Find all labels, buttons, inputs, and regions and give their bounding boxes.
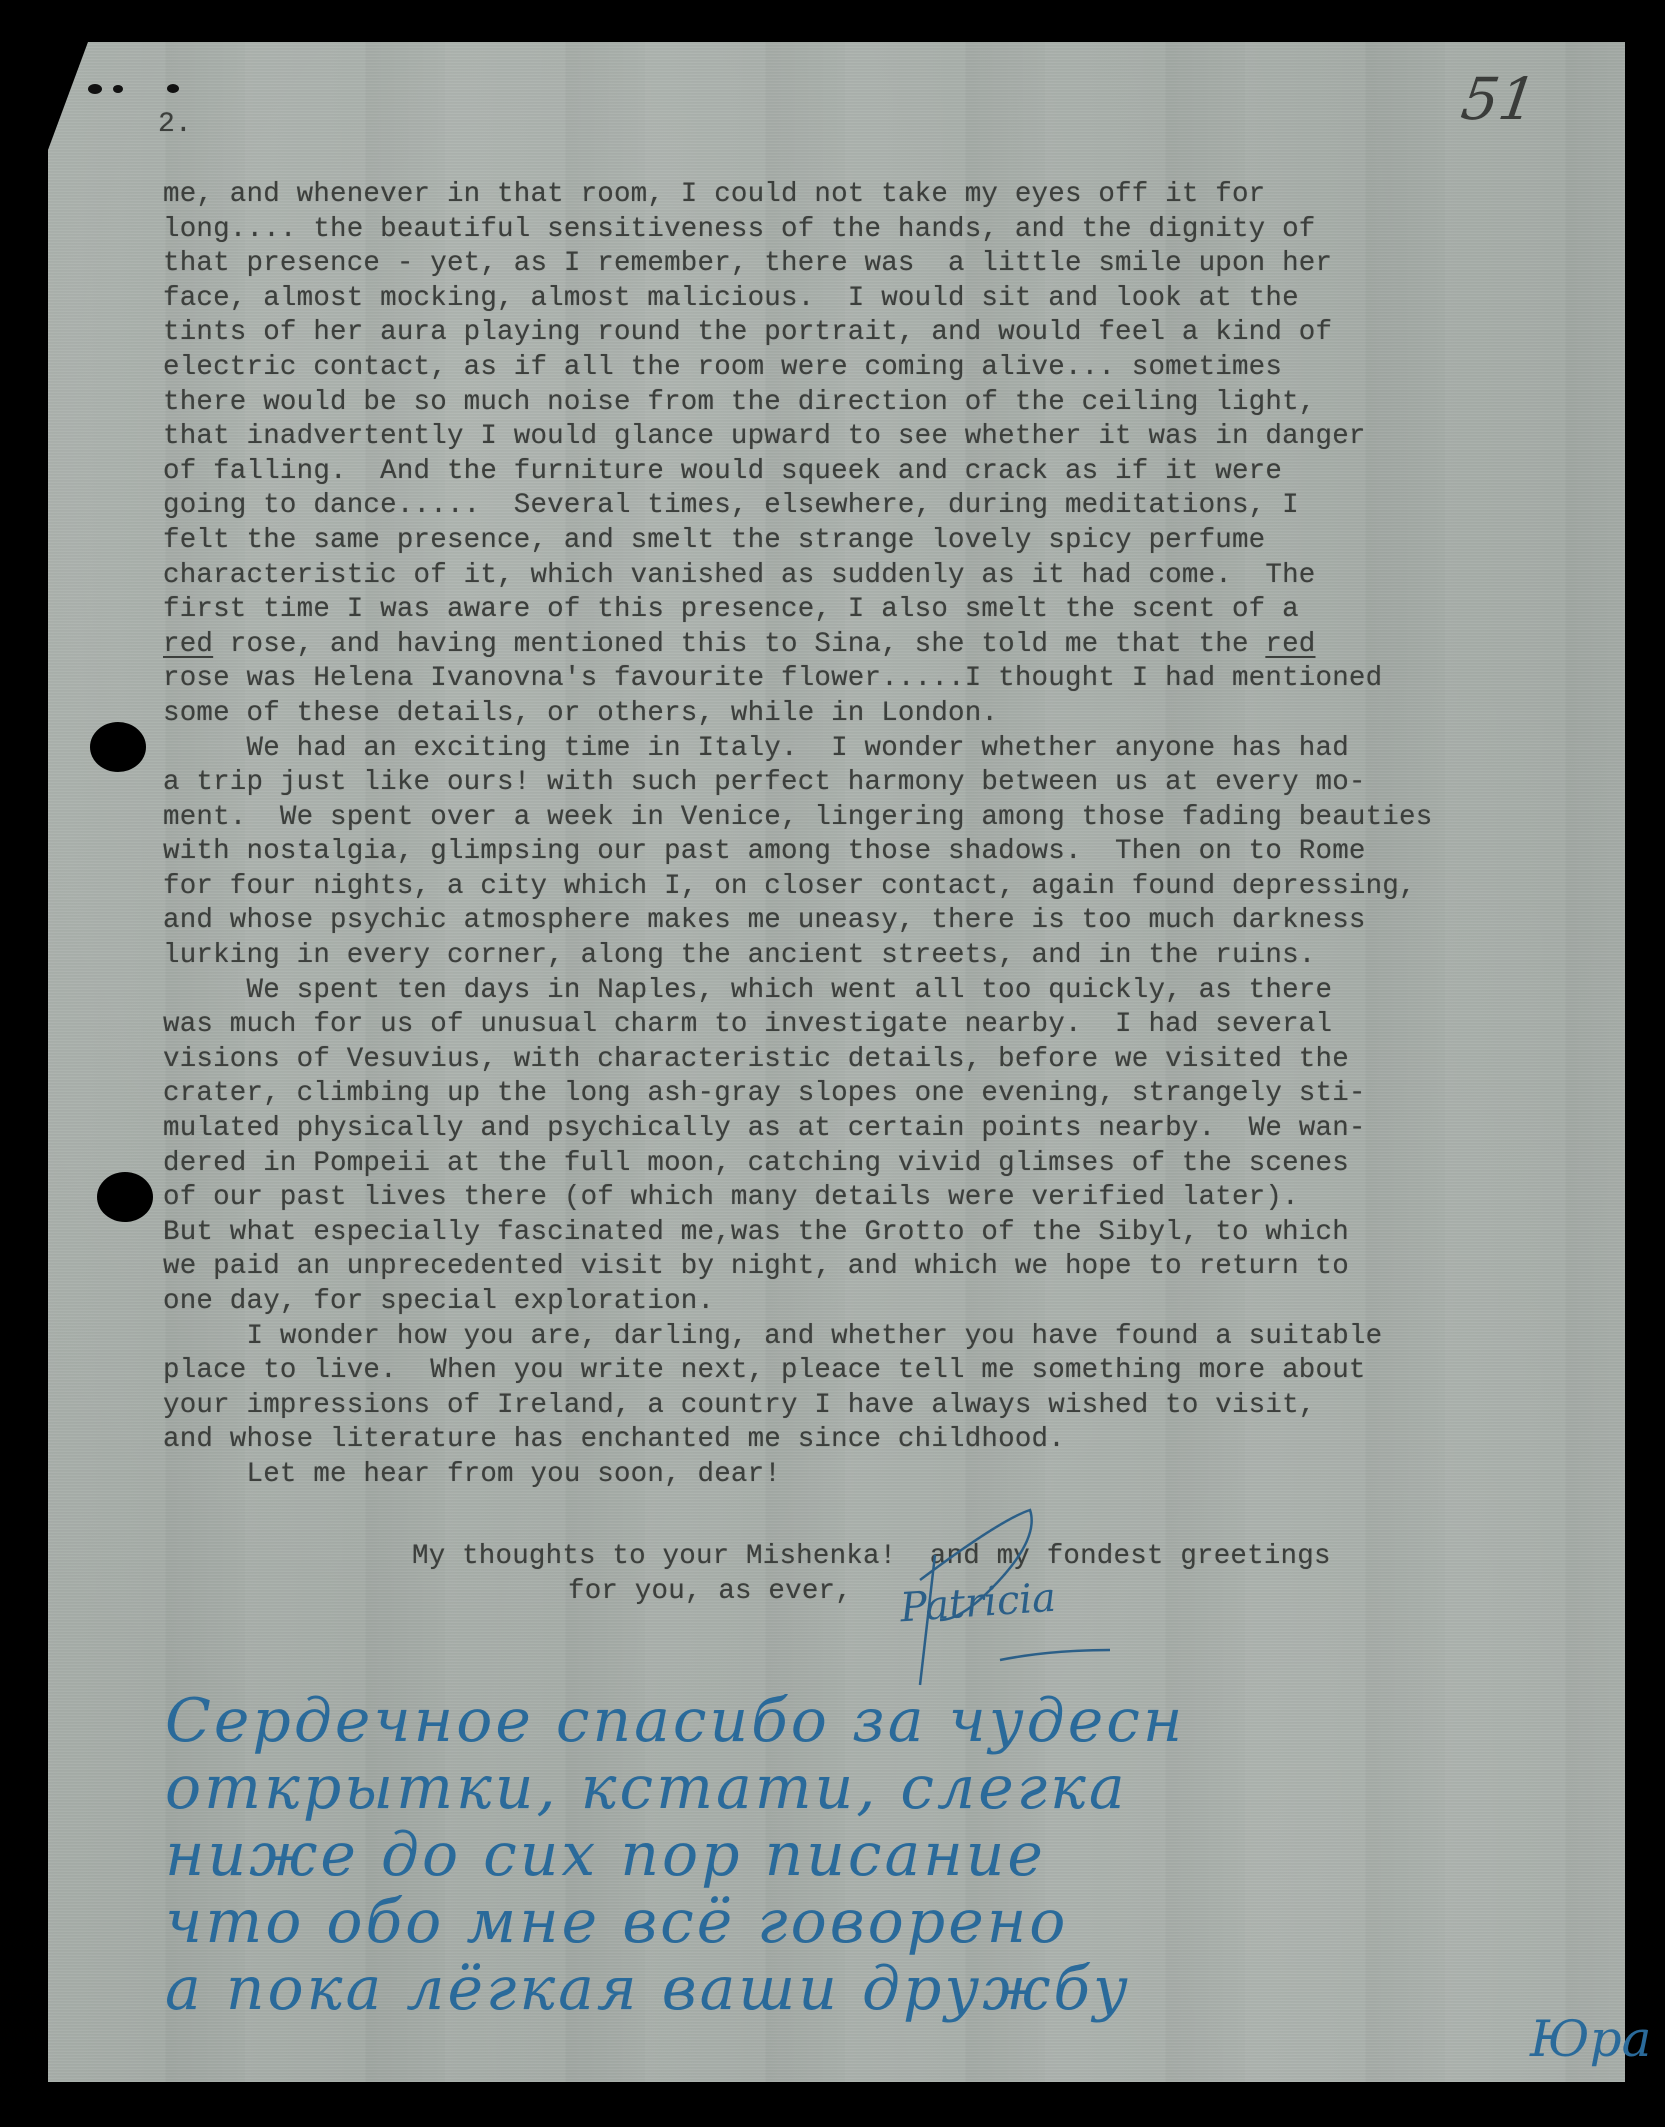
text-line: and whose literature has enchanted me si… (163, 1423, 1432, 1458)
text-line: lurking in every corner, along the ancie… (163, 939, 1432, 974)
handwritten-line: открытки, кстати, слегка (165, 1755, 1185, 1822)
text-line: I wonder how you are, darling, and wheth… (163, 1320, 1432, 1355)
text-line: of our past lives there (of which many d… (163, 1181, 1432, 1216)
text-line: long.... the beautiful sensitiveness of … (163, 213, 1432, 248)
letter-body: me, and whenever in that room, I could n… (163, 178, 1432, 1493)
punch-hole-bottom (97, 1172, 153, 1222)
handwritten-line: Сердечное спасибо за чудесн (165, 1688, 1185, 1755)
text-line: we paid an unprecedented visit by night,… (163, 1250, 1432, 1285)
text-line: some of these details, or others, while … (163, 697, 1432, 732)
text-line: a trip just like ours! with such perfect… (163, 766, 1432, 801)
text-line: your impressions of Ireland, a country I… (163, 1389, 1432, 1424)
text-line: and whose psychic atmosphere makes me un… (163, 904, 1432, 939)
handwritten-signoff: Юра (1530, 2010, 1651, 2068)
handwritten-line: а пока лёгкая ваши дружбу (165, 1956, 1185, 2023)
closing-line-2: for you, as ever, (568, 1575, 852, 1610)
handwritten-line: что обо мне всё говорено (165, 1889, 1185, 1956)
handwritten-line: ниже до сих пор писание (165, 1822, 1185, 1889)
text-line: But what especially fascinated me,was th… (163, 1216, 1432, 1251)
closing-line-1: My thoughts to your Mishenka! and my fon… (412, 1540, 1331, 1575)
text-line: that presence - yet, as I remember, ther… (163, 247, 1432, 282)
archive-page-number: 51 (1457, 65, 1540, 133)
text-line: that inadvertently I would glance upward… (163, 420, 1432, 455)
text-line: We had an exciting time in Italy. I wond… (163, 732, 1432, 767)
staple-tear-mark (167, 84, 179, 93)
text-line: there would be so much noise from the di… (163, 386, 1432, 421)
text-line: me, and whenever in that room, I could n… (163, 178, 1432, 213)
text-line: tints of her aura playing round the port… (163, 316, 1432, 351)
text-line: first time I was aware of this presence,… (163, 593, 1432, 628)
text-line: place to live. When you write next, plea… (163, 1354, 1432, 1389)
text-line: We spent ten days in Naples, which went … (163, 974, 1432, 1009)
text-line: mulated physically and psychically as at… (163, 1112, 1432, 1147)
text-line: red rose, and having mentioned this to S… (163, 628, 1432, 663)
text-line: electric contact, as if all the room wer… (163, 351, 1432, 386)
page-number: 2. (158, 108, 192, 143)
text-line: crater, climbing up the long ash-gray sl… (163, 1077, 1432, 1112)
text-line: dered in Pompeii at the full moon, catch… (163, 1147, 1432, 1182)
text-line: felt the same presence, and smelt the st… (163, 524, 1432, 559)
staple-tear-mark (113, 85, 123, 93)
text-line: characteristic of it, which vanished as … (163, 559, 1432, 594)
punch-hole-top (90, 722, 146, 772)
text-line: face, almost mocking, almost malicious. … (163, 282, 1432, 317)
staple-tear-mark (88, 84, 102, 94)
text-line: for four nights, a city which I, on clos… (163, 870, 1432, 905)
text-line: Let me hear from you soon, dear! (163, 1458, 1432, 1493)
text-line: ment. We spent over a week in Venice, li… (163, 801, 1432, 836)
text-line: rose was Helena Ivanovna's favourite flo… (163, 662, 1432, 697)
text-line: of falling. And the furniture would sque… (163, 455, 1432, 490)
text-line: was much for us of unusual charm to inve… (163, 1008, 1432, 1043)
text-line: going to dance..... Several times, elsew… (163, 489, 1432, 524)
text-line: one day, for special exploration. (163, 1285, 1432, 1320)
handwritten-note: Сердечное спасибо за чудесноткрытки, кст… (165, 1688, 1185, 2023)
text-line: with nostalgia, glimpsing our past among… (163, 835, 1432, 870)
text-line: visions of Vesuvius, with characteristic… (163, 1043, 1432, 1078)
